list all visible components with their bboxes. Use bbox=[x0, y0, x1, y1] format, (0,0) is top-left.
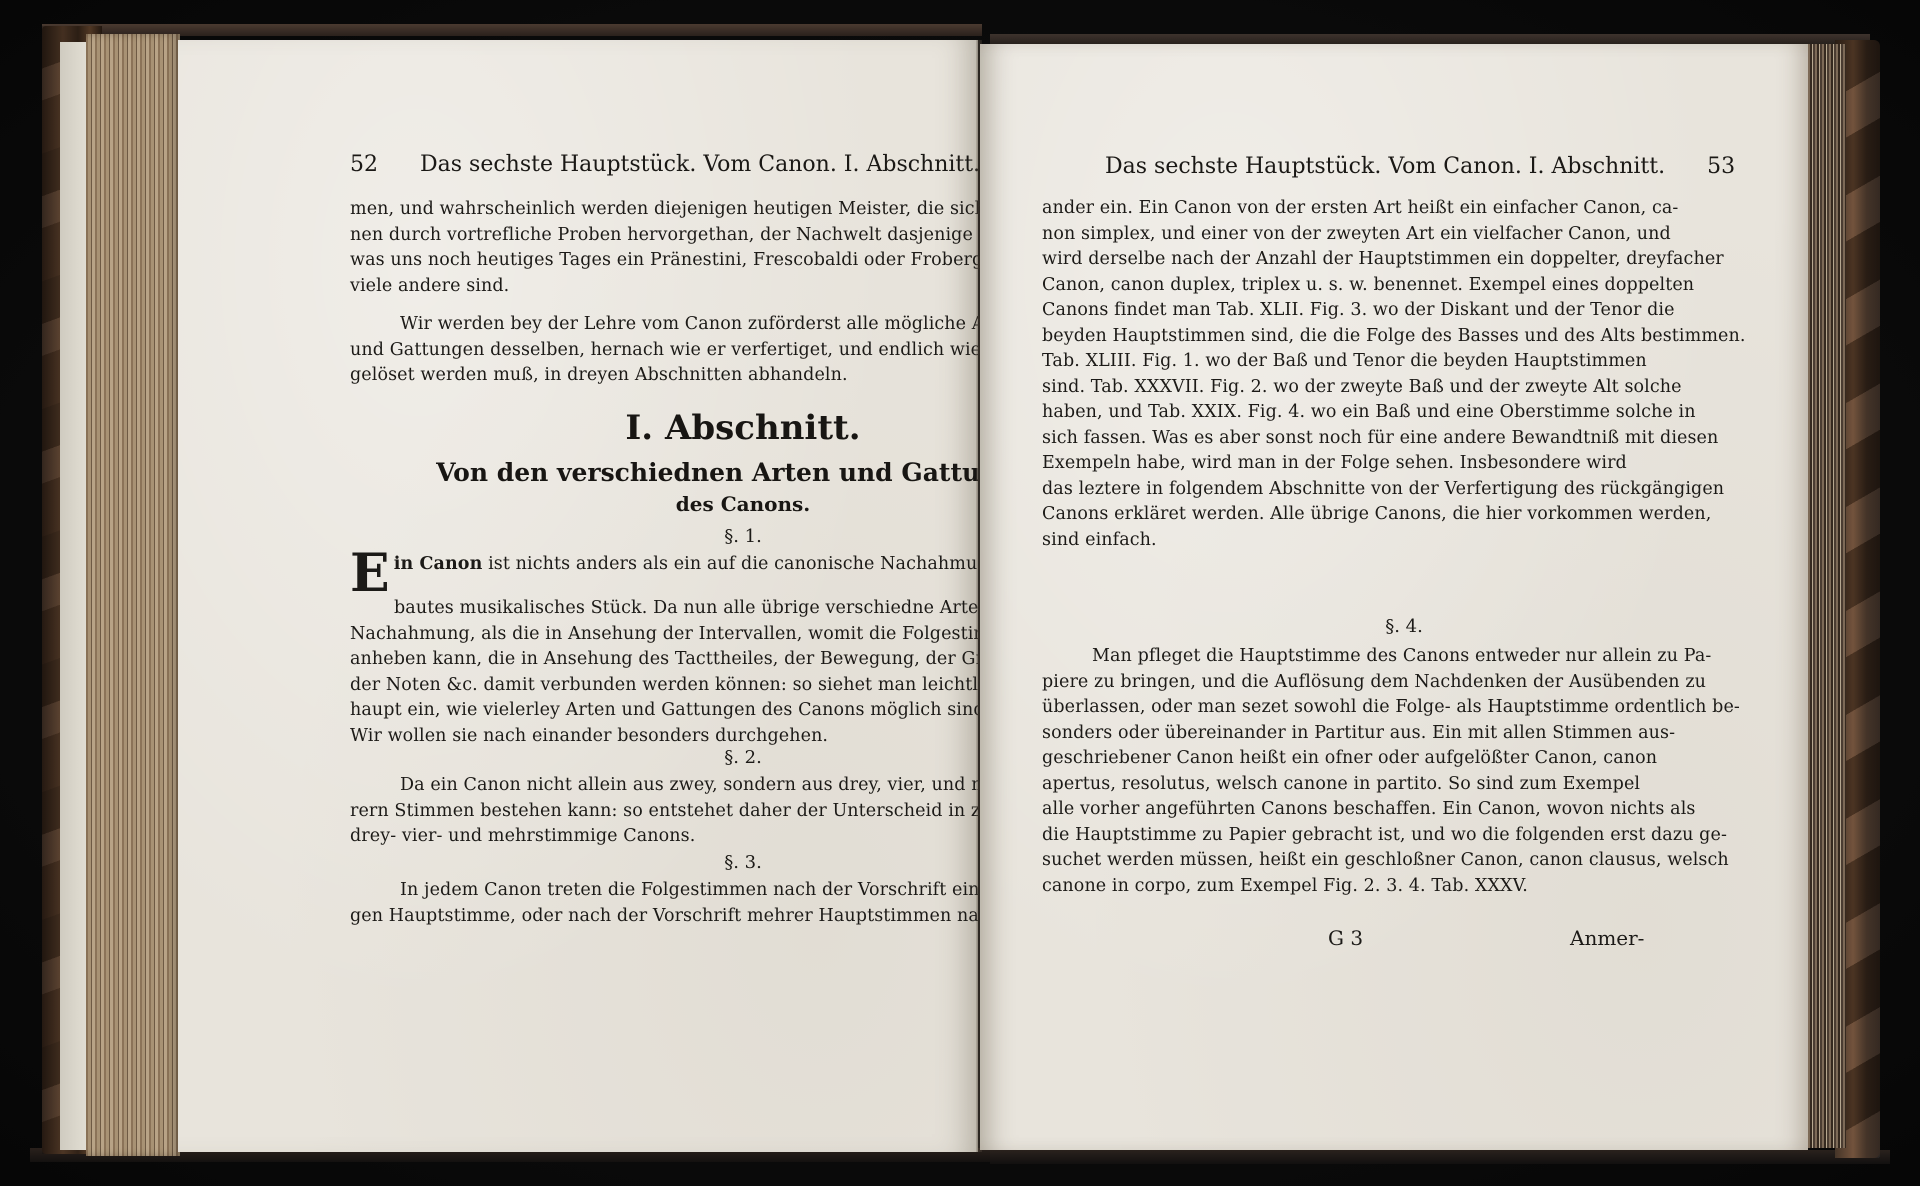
text-line: ander ein. Ein Canon von der ersten Art … bbox=[1042, 196, 1766, 222]
flyleaf-left bbox=[60, 42, 88, 1150]
text-line: Exempeln habe, wird man in der Folge seh… bbox=[1042, 451, 1766, 477]
emphasis-canon: in Canon bbox=[394, 554, 483, 574]
book-cover-top-edge-left bbox=[42, 24, 982, 36]
book-cover-bottom-edge-right bbox=[990, 1150, 1890, 1164]
text-line: piere zu bringen, und die Auflösung dem … bbox=[1042, 670, 1766, 696]
left-page-number: 52 bbox=[350, 152, 378, 177]
signature-mark: G 3 bbox=[1328, 926, 1363, 950]
text-line: sind. Tab. XXXVII. Fig. 2. wo der zweyte… bbox=[1042, 375, 1766, 401]
drop-cap: E bbox=[350, 552, 390, 596]
text-line: Canon, canon duplex, triplex u. s. w. be… bbox=[1042, 273, 1766, 299]
page-block-edges-right bbox=[1806, 44, 1846, 1148]
text-line: canone in corpo, zum Exempel Fig. 2. 3. … bbox=[1042, 874, 1766, 900]
left-running-head-title: Das sechste Hauptstück. Vom Canon. I. Ab… bbox=[420, 152, 980, 177]
text-line: wird derselbe nach der Anzahl der Haupts… bbox=[1042, 247, 1766, 273]
text-line: überlassen, oder man sezet sowohl die Fo… bbox=[1042, 695, 1766, 721]
right-catchword: Anmer- bbox=[1570, 926, 1644, 950]
text-line: Canons erkläret werden. Alle übrige Cano… bbox=[1042, 502, 1766, 528]
text-line: sonders oder übereinander in Partitur au… bbox=[1042, 721, 1766, 747]
text-span: ist nichts anders als ein auf die canoni… bbox=[488, 554, 1033, 574]
text-line: haben, und Tab. XXIX. Fig. 4. wo ein Baß… bbox=[1042, 400, 1766, 426]
text-line: die Hauptstimme zu Papier gebracht ist, … bbox=[1042, 823, 1766, 849]
left-running-head: 52 Das sechste Hauptstück. Vom Canon. I.… bbox=[350, 152, 980, 177]
page-block-edges-left bbox=[86, 34, 180, 1156]
paragraph-mark-4: §. 4. bbox=[1042, 616, 1766, 637]
text-line: Canons findet man Tab. XLII. Fig. 3. wo … bbox=[1042, 298, 1766, 324]
right-page: Das sechste Hauptstück. Vom Canon. I. Ab… bbox=[980, 44, 1808, 1150]
text-line: apertus, resolutus, welsch canone in par… bbox=[1042, 772, 1766, 798]
text-line: sind einfach. bbox=[1042, 528, 1766, 554]
right-running-head-title: Das sechste Hauptstück. Vom Canon. I. Ab… bbox=[1105, 154, 1665, 179]
text-line: Man pfleget die Hauptstimme des Canons e… bbox=[1042, 644, 1766, 670]
text-line: non simplex, und einer von der zweyten A… bbox=[1042, 222, 1766, 248]
right-page-number: 53 bbox=[1707, 154, 1735, 179]
text-line: Tab. XLIII. Fig. 1. wo der Baß und Tenor… bbox=[1042, 349, 1766, 375]
right-running-head: Das sechste Hauptstück. Vom Canon. I. Ab… bbox=[1105, 154, 1735, 179]
text-line: sich fassen. Was es aber sonst noch für … bbox=[1042, 426, 1766, 452]
text-line: suchet werden müssen, heißt ein geschloß… bbox=[1042, 848, 1766, 874]
left-page: 52 Das sechste Hauptstück. Vom Canon. I.… bbox=[178, 40, 978, 1152]
text-line: beyden Hauptstimmen sind, die die Folge … bbox=[1042, 324, 1766, 350]
paragraph-4: Man pfleget die Hauptstimme des Canons e… bbox=[1042, 644, 1766, 899]
text-line: das leztere in folgendem Abschnitte von … bbox=[1042, 477, 1766, 503]
right-continuation-paragraph: ander ein. Ein Canon von der ersten Art … bbox=[1042, 196, 1766, 553]
text-line: alle vorher angeführten Canons beschaffe… bbox=[1042, 797, 1766, 823]
text-line: geschriebener Canon heißt ein ofner oder… bbox=[1042, 746, 1766, 772]
